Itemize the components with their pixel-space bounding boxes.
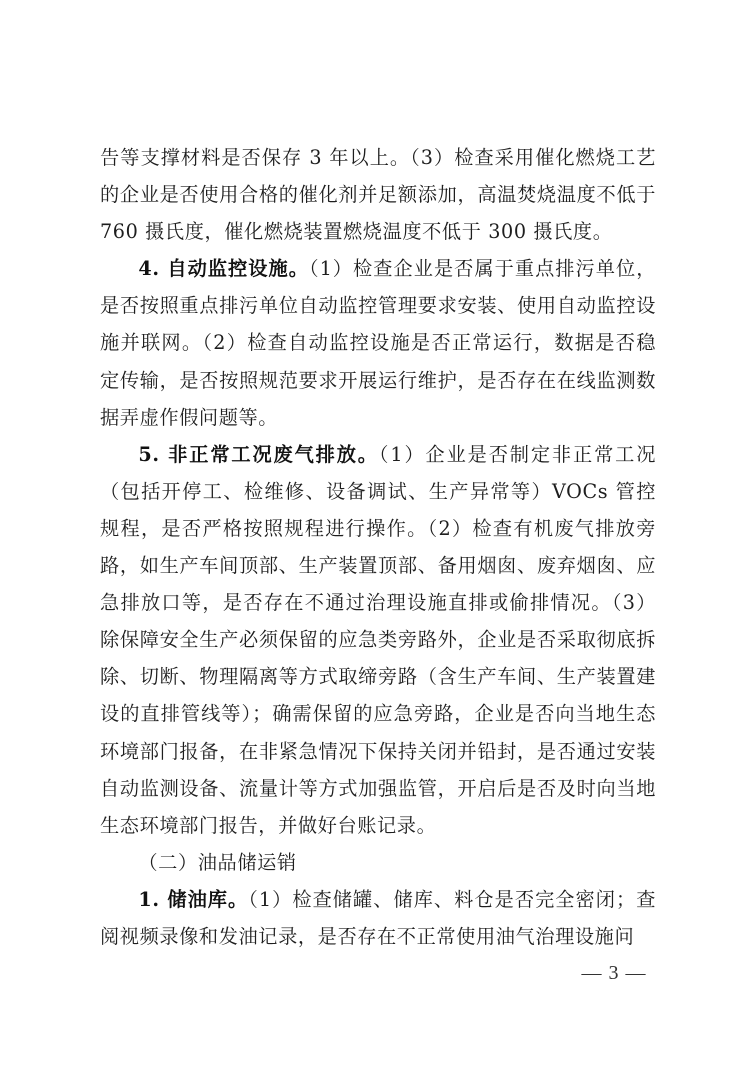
paragraph-abnormal-emission: 5. 非正常工况废气排放。（1）企业是否制定非正常工况（包括开停工、检维修、设备… (100, 436, 656, 844)
section-heading: （二）油品储运销 (100, 844, 656, 881)
page-number: — 3 — (574, 962, 654, 985)
paragraph-heading: 4. 自动监控设施。 (138, 257, 309, 280)
paragraph-text: 告等支撑材料是否保存 3 年以上。（3）检查采用催化燃烧工艺的企业是否使用合格的… (100, 146, 656, 243)
paragraph-heading: 1. 储油库。 (138, 888, 248, 911)
document-page: 告等支撑材料是否保存 3 年以上。（3）检查采用催化燃烧工艺的企业是否使用合格的… (0, 0, 756, 1068)
document-body: 告等支撑材料是否保存 3 年以上。（3）检查采用催化燃烧工艺的企业是否使用合格的… (100, 139, 656, 955)
paragraph-auto-monitoring: 4. 自动监控设施。（1）检查企业是否属于重点排污单位，是否按照重点排污单位自动… (100, 250, 656, 435)
section-heading-text: （二）油品储运销 (138, 851, 296, 874)
paragraph-text: （1）企业是否制定非正常工况（包括开停工、检维修、设备调试、生产异常等）VOCs… (100, 443, 656, 837)
paragraph-continuation: 告等支撑材料是否保存 3 年以上。（3）检查采用催化燃烧工艺的企业是否使用合格的… (100, 139, 656, 250)
paragraph-text: （1）检查企业是否属于重点排污单位，是否按照重点排污单位自动监控管理要求安装、使… (100, 257, 656, 428)
paragraph-heading: 5. 非正常工况废气排放。 (138, 443, 379, 466)
paragraph-oil-depot: 1. 储油库。（1）检查储罐、储库、料仓是否完全密闭；查阅视频录像和发油记录，是… (100, 881, 656, 955)
